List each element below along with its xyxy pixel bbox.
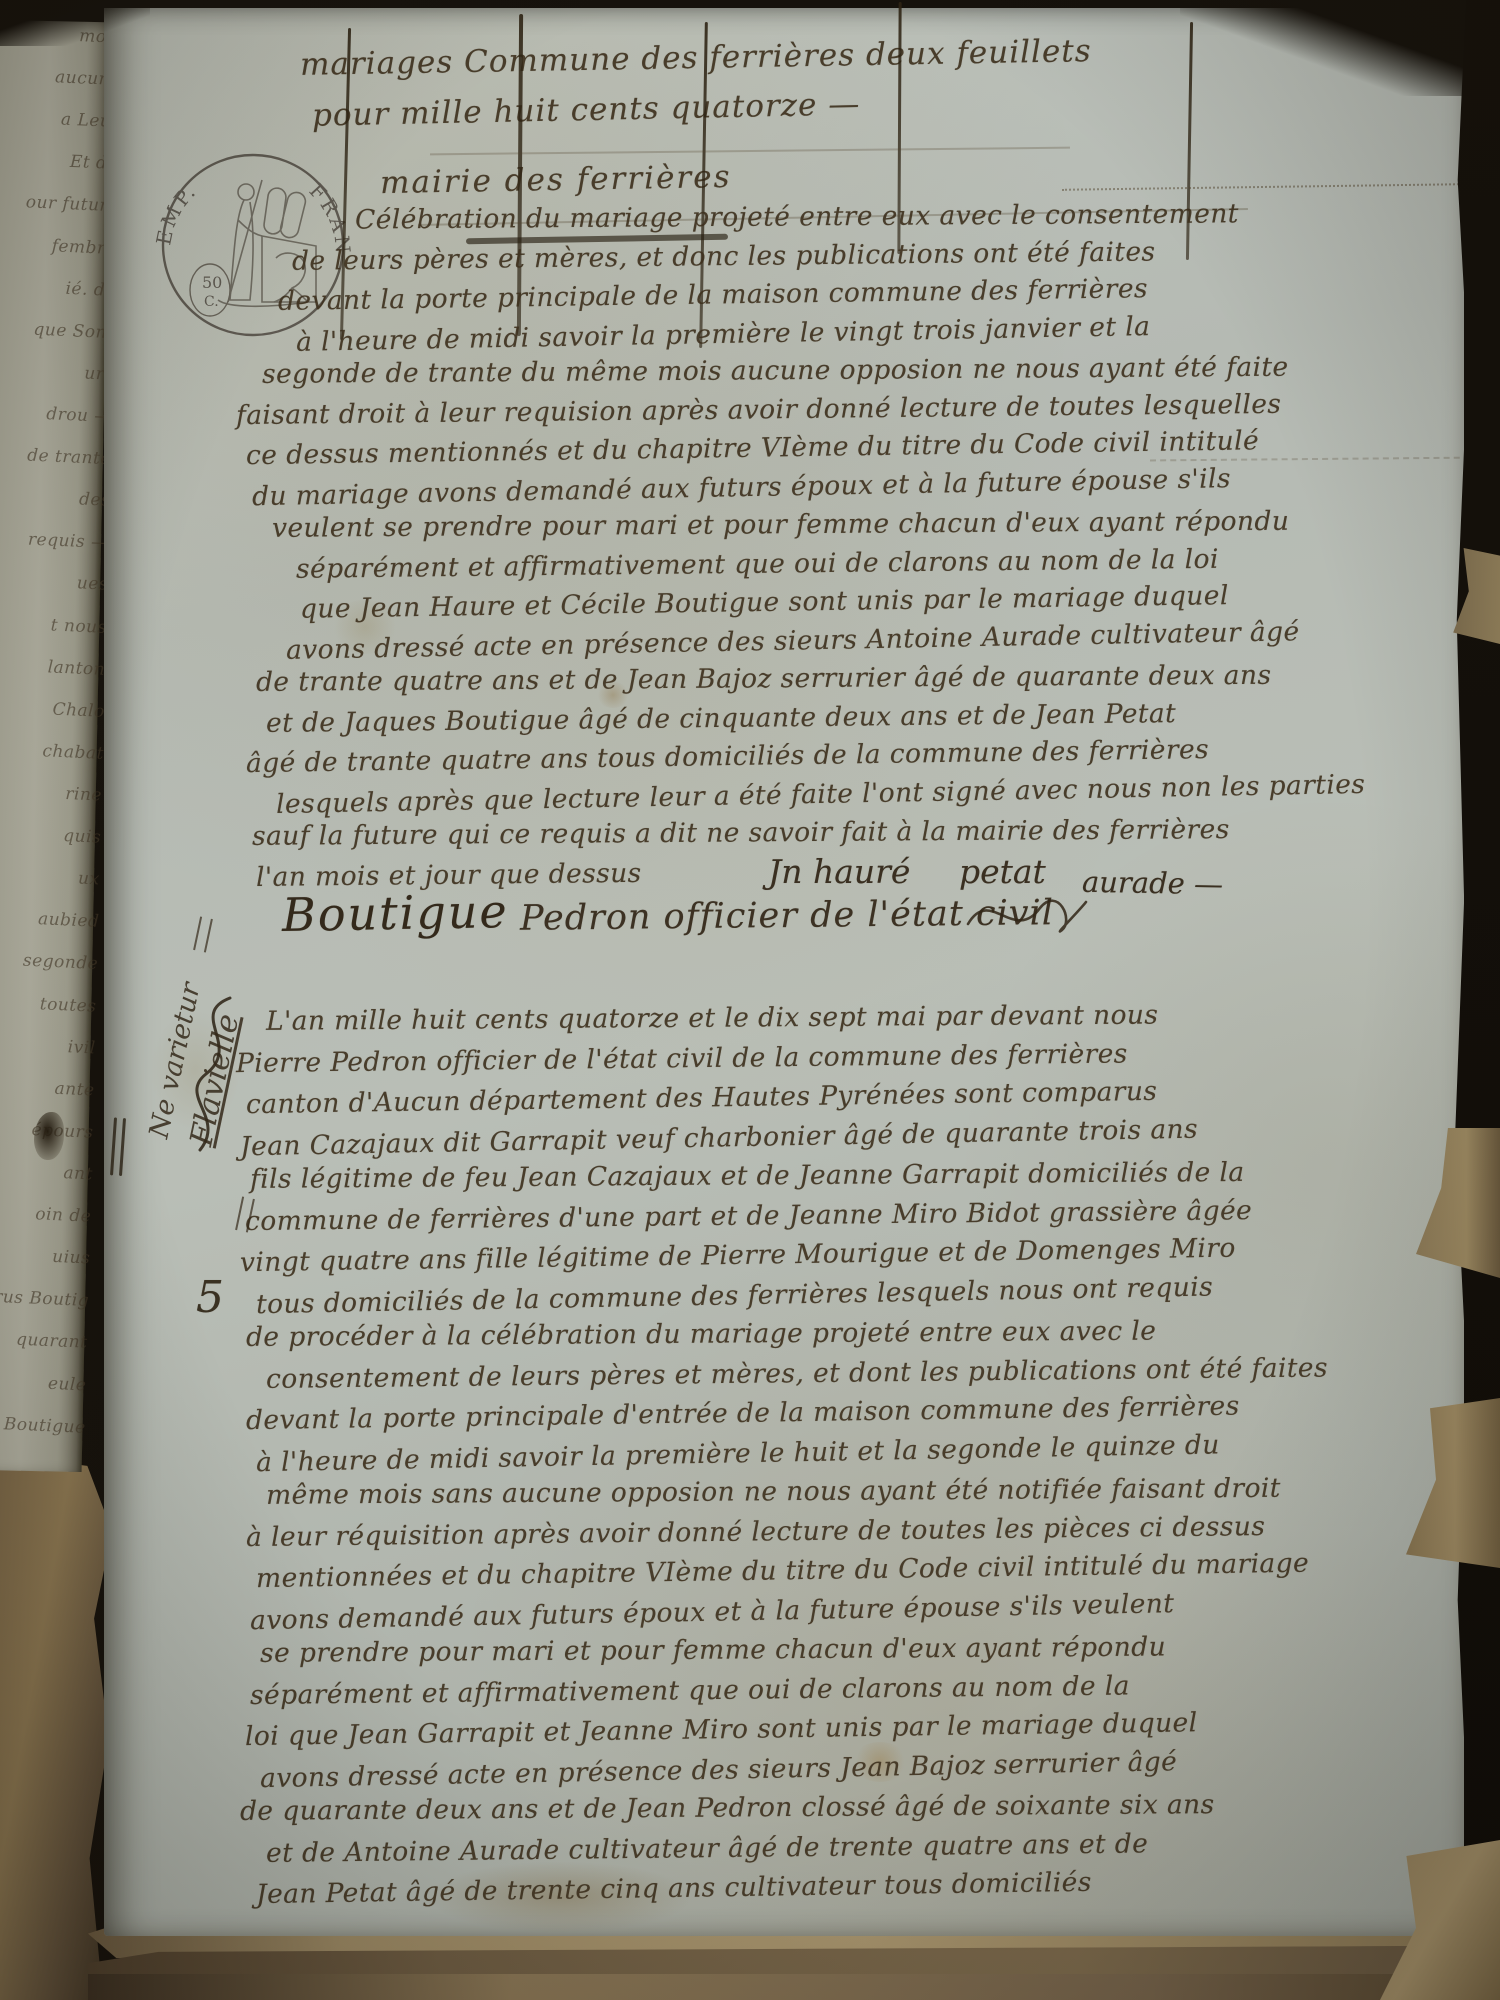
marriage-act-2-text: L'an mille huit cents quatorze et le dix… [150,998,1360,1907]
previous-page-fragment: que Sont [33,319,115,343]
page-title-mairie: mairie des ferrières [380,159,732,201]
previous-page-fragment: uius [52,1247,91,1269]
previous-page-fragment: ux [78,869,100,890]
torn-paper-lower-left [0,1455,112,2000]
previous-page-fragment: ant [63,1163,93,1184]
previous-page-fragment: requis — [28,530,109,553]
previous-page-fragment: Boutigue [4,1414,87,1438]
photographed-register-page: moisaucunea LeurEt duour futursfembreié.… [0,0,1500,2000]
margin-mark-5: 5 [196,1272,224,1323]
signature-boutigue: Boutigue [282,884,510,942]
backdrop-corner [0,0,150,46]
previous-page-fragment: quis [63,826,102,848]
previous-page-fragment: de trante [27,446,112,470]
signature-aurade: aurade — [1082,865,1224,901]
previous-page-fragment: ante [54,1079,95,1101]
previous-page-fragment: toutes [40,994,97,1016]
margin-double-stroke [110,1117,134,1176]
previous-page-fragment: quarant [16,1330,88,1353]
page-stack-edge [88,1974,1500,2000]
previous-page-fragment: rine [65,784,102,806]
signature-haure: Jn hauré [768,852,910,891]
previous-page-fragment: t nous [50,615,107,637]
previous-page-fragment: oin de [35,1204,92,1226]
backdrop-corner [1180,0,1500,96]
previous-page-fragment: rus Boutig [0,1287,90,1311]
previous-page-fragment: eule [48,1373,87,1395]
previous-page-fragment: aubied [37,909,99,932]
previous-page-fragment: Chalo [52,699,105,721]
previous-page-fragment: chabat [42,741,104,764]
previous-page-fragment: ivil [67,1037,96,1058]
previous-page-fragment: lanton [48,657,106,679]
previous-page-fragment: drou — [46,404,112,427]
signature-paraph [962,880,1092,950]
previous-page-fragment: segonde [22,951,98,974]
marriage-act-1-text: Célébration du mariage projeté entre eux… [150,198,1360,891]
